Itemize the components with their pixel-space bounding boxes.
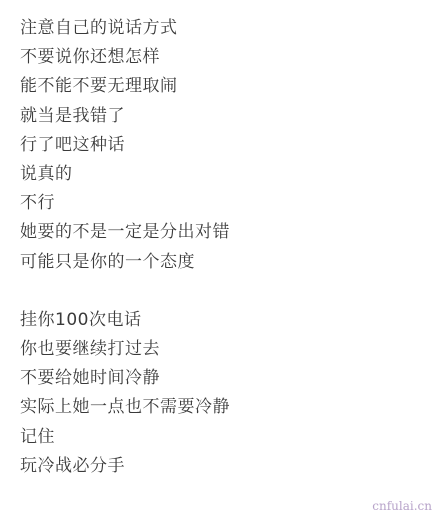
- text-line: 她要的不是一定是分出对错: [20, 218, 230, 247]
- text-line: 行了吧这种话: [20, 131, 230, 160]
- text-line: 挂你100次电话: [20, 306, 230, 335]
- text-block: 注意自己的说话方式 不要说你还想怎样 能不能不要无理取闹 就当是我错了 行了吧这…: [20, 14, 230, 481]
- text-line: 实际上她一点也不需要冷静: [20, 393, 230, 422]
- text-line: 说真的: [20, 160, 230, 189]
- text-line: 记住: [20, 423, 230, 452]
- text-line: 可能只是你的一个态度: [20, 248, 230, 277]
- watermark: cnfulai.cn: [372, 499, 432, 513]
- text-line: 不要给她时间冷静: [20, 364, 230, 393]
- stanza-gap: [20, 277, 230, 306]
- text-line: 你也要继续打过去: [20, 335, 230, 364]
- text-line: 不行: [20, 189, 230, 218]
- text-line: 玩冷战必分手: [20, 452, 230, 481]
- text-line: 不要说你还想怎样: [20, 43, 230, 72]
- text-line: 能不能不要无理取闹: [20, 72, 230, 101]
- text-line: 注意自己的说话方式: [20, 14, 230, 43]
- text-line: 就当是我错了: [20, 102, 230, 131]
